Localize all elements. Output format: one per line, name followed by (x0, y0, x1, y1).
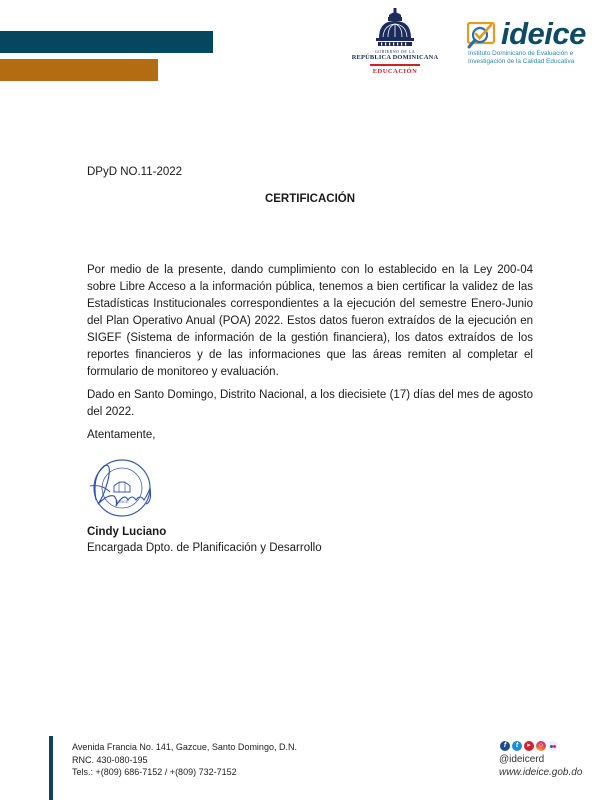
instagram-icon[interactable]: ○ (536, 741, 546, 751)
signer-role: Encargada Dpto. de Planificación y Desar… (87, 542, 322, 554)
footer-social-handle[interactable]: @ideicerd (499, 754, 544, 765)
ideice-subtitle-line1: Instituto Dominicano de Evaluación e (468, 50, 574, 58)
ideice-logo: ideice Instituto Dominicano de Evaluació… (467, 20, 597, 68)
footer-address: Avenida Francia No. 141, Gazcue, Santo D… (72, 741, 297, 754)
closing-salutation: Atentamente, (87, 427, 533, 444)
gov-logo-line2: REPÚBLICA DOMINICANA (350, 54, 440, 61)
magnifier-check-icon (467, 22, 499, 50)
national-palace-dome-icon (373, 8, 417, 48)
ideice-subtitle-line2: Investigación de la Calidad Educativa (468, 58, 574, 66)
signer-name: Cindy Luciano (87, 526, 166, 538)
header-teal-bar (0, 31, 213, 53)
document-title: CERTIFICACIÓN (0, 193, 600, 205)
signature-seal-icon: IDEICE (88, 456, 160, 522)
footer-website-link[interactable]: www.ideice.gob.do (499, 767, 582, 778)
youtube-icon[interactable]: ▸ (524, 741, 534, 751)
ideice-wordmark: ideice (501, 17, 586, 51)
flickr-icon[interactable] (548, 741, 558, 751)
date-paragraph: Dado en Santo Domingo, Distrito Nacional… (87, 387, 533, 421)
footer-contact: Avenida Francia No. 141, Gazcue, Santo D… (72, 741, 297, 779)
document-body: Por medio de la presente, dando cumplimi… (87, 262, 533, 450)
twitter-icon[interactable]: t (512, 741, 522, 751)
social-icons: f t ▸ ○ (500, 741, 558, 751)
gov-logo-divider (370, 64, 420, 66)
footer-phones: Tels.: +(809) 686-7152 / +(809) 732-7152 (72, 766, 297, 779)
ideice-subtitle: Instituto Dominicano de Evaluación e Inv… (468, 50, 574, 66)
gov-logo-education: EDUCACIÓN (350, 68, 440, 75)
ministry-education-logo: GOBIERNO DE LA REPÚBLICA DOMINICANA EDUC… (350, 8, 440, 74)
footer-rnc: RNC. 430-080-195 (72, 754, 297, 767)
header-orange-bar (0, 59, 158, 81)
body-paragraph: Por medio de la presente, dando cumplimi… (87, 262, 533, 381)
facebook-icon[interactable]: f (500, 741, 510, 751)
document-reference: DPyD NO.11-2022 (87, 166, 182, 178)
footer-accent-bar (49, 736, 53, 800)
